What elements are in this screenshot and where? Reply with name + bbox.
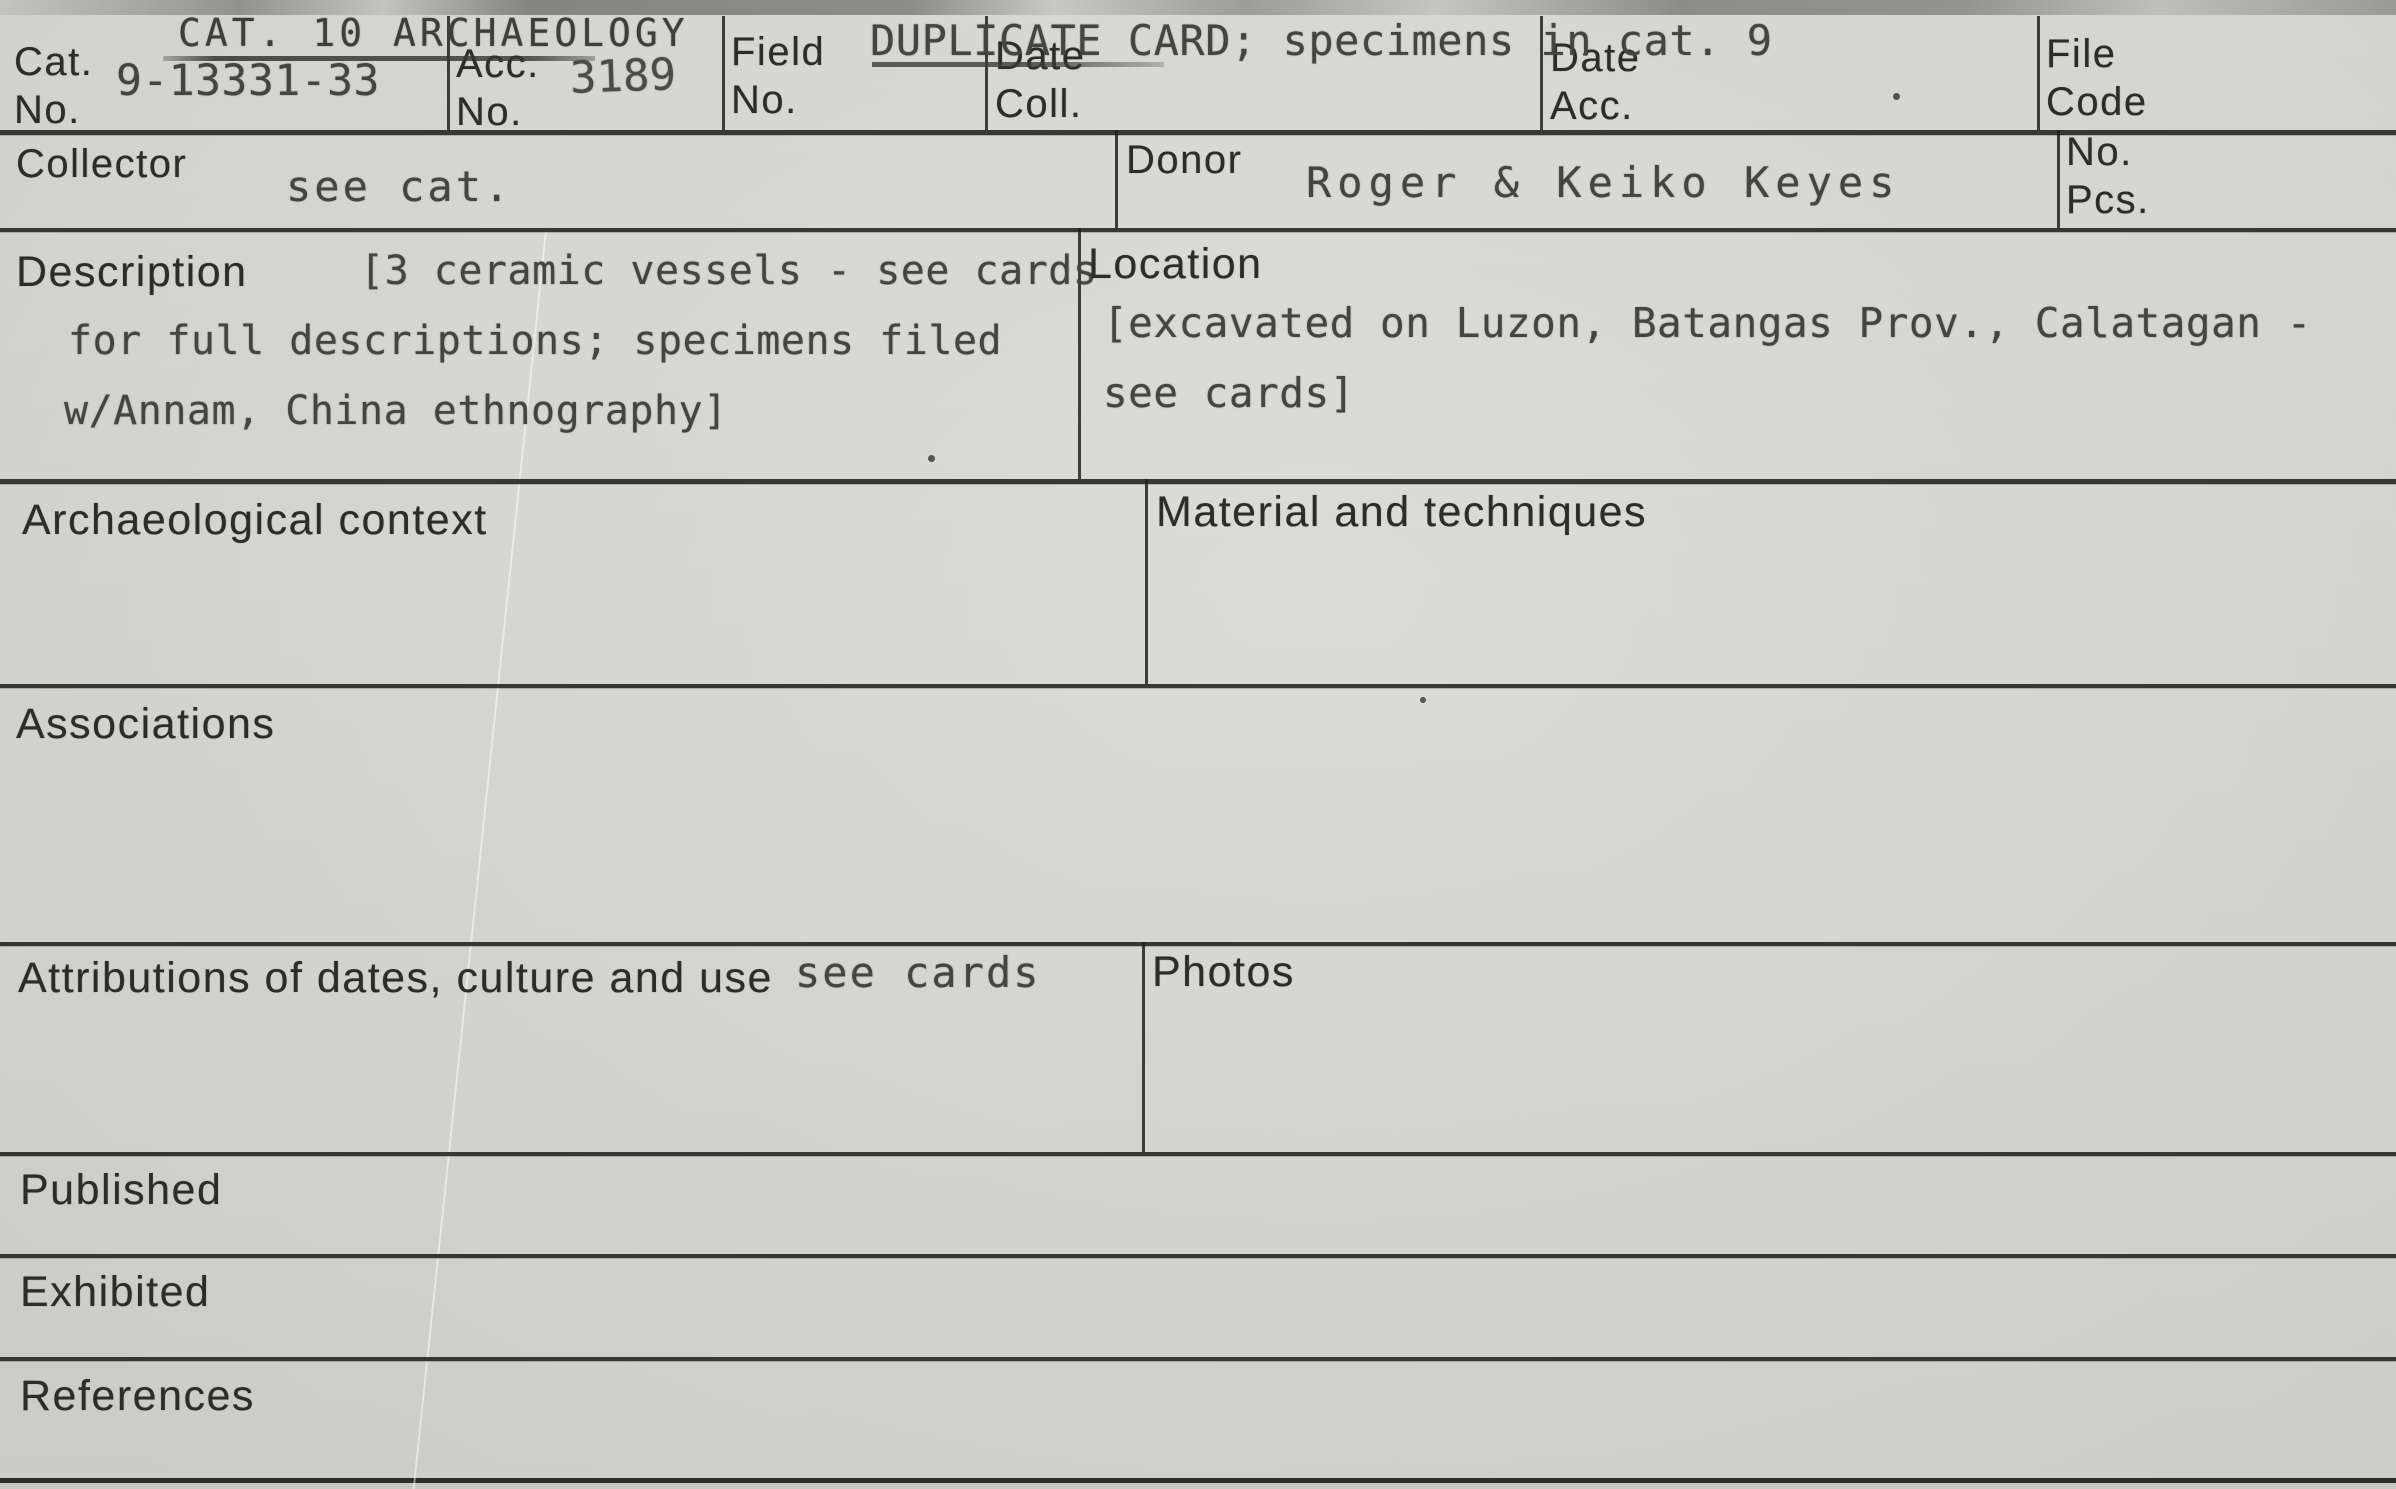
attributions-label: Attributions of dates, culture and use [18, 954, 773, 1002]
donor-label: Donor [1126, 136, 1242, 184]
no-pcs-label-line1: No. [2066, 128, 2150, 176]
description-value-line1: [3 ceramic vessels - see cards [360, 246, 1097, 296]
attributions-value: see cards [795, 948, 1041, 998]
donor-value: Roger & Keiko Keyes [1306, 158, 1900, 208]
catalog-card-scan: Cat. No. Acc. No. Field No. Date Coll. D… [0, 0, 2396, 1489]
cat-no-label: Cat. No. [14, 38, 93, 134]
file-code-label-line2: Code [2046, 78, 2148, 126]
description-value-line3: w/Annam, China ethnography] [64, 386, 728, 436]
grid-hline-row1 [0, 130, 2396, 135]
file-code-label: File Code [2046, 30, 2148, 126]
photos-label: Photos [1152, 948, 1295, 996]
cat-no-label-line2: No. [14, 86, 93, 134]
grid-vline-field [722, 16, 725, 130]
grid-vline-material [1145, 479, 1148, 684]
cat-no-label-line1: Cat. [14, 38, 93, 86]
grid-hline-row4 [0, 684, 2396, 688]
grid-vline-no-pcs [2057, 130, 2060, 228]
grid-vline-photos [1142, 942, 1145, 1152]
date-coll-label-line2: Coll. [995, 80, 1086, 128]
duplicate-note-underlined: DUPLICATE CARD [870, 16, 1231, 65]
archaeological-context-label: Archaeological context [22, 496, 488, 544]
location-value-line2: see cards] [1103, 368, 1355, 418]
grid-hline-row3 [0, 479, 2396, 484]
field-no-label: Field No. [731, 28, 825, 124]
associations-label: Associations [16, 700, 275, 748]
description-value-line2: for full descriptions; specimens filed [68, 316, 1002, 366]
scan-speck [1420, 697, 1426, 703]
collector-label: Collector [16, 140, 187, 188]
location-label: Location [1088, 240, 1263, 288]
grid-hline-row5 [0, 942, 2396, 946]
grid-vline-file-code [2037, 16, 2040, 130]
exhibited-label: Exhibited [20, 1268, 210, 1316]
field-no-label-line1: Field [731, 28, 825, 76]
grid-hline-row6 [0, 1152, 2396, 1156]
grid-vline-donor [1115, 130, 1118, 228]
description-label: Description [16, 248, 248, 296]
file-code-label-line1: File [2046, 30, 2148, 78]
references-label: References [20, 1372, 255, 1420]
no-pcs-label: No. Pcs. [2066, 128, 2150, 224]
scan-speck [928, 455, 935, 462]
no-pcs-label-line2: Pcs. [2066, 176, 2150, 224]
published-label: Published [20, 1166, 222, 1214]
acc-no-value: 3189 [569, 50, 677, 104]
grid-hline-row2 [0, 228, 2396, 232]
scan-speck [1893, 93, 1900, 100]
material-techniques-label: Material and techniques [1156, 488, 1647, 536]
grid-hline-row8 [0, 1357, 2396, 1361]
duplicate-note: DUPLICATE CARD; specimens in cat. 9 [870, 16, 1773, 66]
duplicate-note-rest: ; specimens in cat. 9 [1231, 16, 1773, 65]
field-no-label-line2: No. [731, 76, 825, 124]
date-acc-label-line2: Acc. [1550, 82, 1641, 130]
location-value-line1: [excavated on Luzon, Batangas Prov., Cal… [1103, 298, 2312, 348]
acc-no-label-line2: No. [456, 88, 540, 136]
card-bottom-edge [0, 1478, 2396, 1489]
grid-hline-row7 [0, 1254, 2396, 1258]
collector-value: see cat. [286, 162, 512, 212]
cat-no-value: 9-13331-33 [116, 56, 380, 106]
duplicate-note-underline [872, 62, 1164, 67]
